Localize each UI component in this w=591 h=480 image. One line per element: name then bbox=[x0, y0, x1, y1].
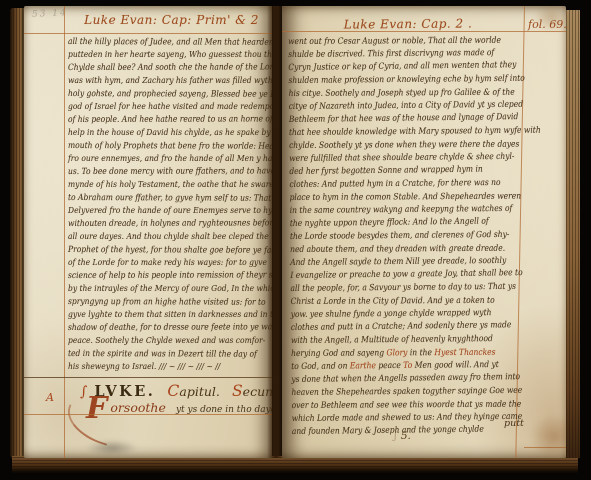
left-running-header: Luke Evan: Cap: Prim' & 2 bbox=[79, 13, 264, 27]
left-page-text: all the hilly places of Judee, and all M… bbox=[68, 36, 272, 374]
book-fore-edge-left bbox=[10, 8, 25, 458]
manuscript-line: gyve lyghte to them that sitten in darkn… bbox=[68, 309, 248, 322]
manuscript-line: that hee shoulde knowledge with Mary spo… bbox=[289, 125, 497, 140]
corner-stain bbox=[530, 414, 566, 458]
manuscript-line: god of Israel for hee hathe visited and … bbox=[68, 101, 248, 114]
manuscript-line: peace. Soothely the Chylde wexed and was… bbox=[68, 335, 248, 348]
manuscript-line: fro oure ennemyes, and fro the hande of … bbox=[68, 153, 248, 166]
right-page-text: went out fro Cesar August or noble, That… bbox=[288, 34, 528, 439]
book-edge-bottom bbox=[12, 456, 578, 473]
manuscript-line: science of help to his people into remis… bbox=[68, 269, 248, 283]
manuscript-line: all the hilly places of Judee, and all M… bbox=[68, 36, 248, 50]
manuscript-line: all the people, for, a Savyour ys borne … bbox=[290, 281, 498, 296]
margin-rule-left bbox=[64, 6, 65, 458]
manuscript-line: of the Lorde for to make redy his wayes:… bbox=[68, 257, 248, 270]
manuscript-line: the Lorde stoode besydes them, and clere… bbox=[290, 229, 498, 244]
manuscript-line: Prophet of the hyest, for thou shalte go… bbox=[68, 244, 248, 258]
header-rule-left bbox=[24, 33, 272, 34]
manuscript-line: ted in the spirite and was in Dezert til… bbox=[68, 348, 248, 362]
right-running-header: Luke Evan: Cap. 2 . bbox=[320, 16, 496, 32]
rubricated-word: To bbox=[403, 361, 412, 371]
manuscript-line: by the intrayles of the Mercy of oure Go… bbox=[68, 283, 248, 296]
manuscript-line: all oure dayes. And thou chylde shalt be… bbox=[68, 231, 248, 244]
manuscript-line: withouten dreade, in holynes and ryghteo… bbox=[68, 217, 248, 231]
rubricated-word: Earthe bbox=[350, 361, 376, 371]
smudge-stain bbox=[86, 440, 138, 456]
manuscript-line: with the Angell, a Multitude of heavenly… bbox=[291, 333, 499, 348]
manuscript-line: his sheweyng to Israel. /// ~ /// ~ /// … bbox=[68, 361, 248, 374]
manuscript-line: to Abraham oure ffather, to gyve hym sel… bbox=[68, 192, 248, 206]
manuscript-line: Delyvered fro the hande of oure Enemyes … bbox=[68, 205, 248, 218]
manuscript-photo: 53 14 Luke Evan: Cap: Prim' & 2 all the … bbox=[0, 0, 591, 480]
manuscript-line: of his people. And hee hathe reared to u… bbox=[68, 113, 248, 127]
manuscript-line: mynde of his holy Testament, the oathe t… bbox=[68, 179, 248, 192]
manuscript-line: shadow of deathe, for to dresse oure fee… bbox=[68, 321, 248, 335]
rubricated-word: Glory bbox=[387, 348, 408, 358]
manuscript-line: shulden make profession or knowleying ec… bbox=[288, 73, 496, 88]
manuscript-line: was with hym, and Zachary his father was… bbox=[68, 75, 248, 88]
manuscript-line: clothes: And putted hym in a Cratche, fo… bbox=[289, 177, 497, 192]
manuscript-line: Chylde shall bee? And sooth che the hand… bbox=[68, 61, 248, 75]
manuscript-line: mouth of holy Prophets that bene fro the… bbox=[68, 140, 248, 154]
book-fore-edge-right bbox=[566, 10, 580, 458]
ink-mark: ʃ bbox=[394, 430, 397, 442]
margin-letter: A bbox=[46, 391, 54, 404]
page-number: ʃ5. bbox=[394, 430, 411, 442]
section-rule bbox=[24, 377, 272, 378]
rubricated-word: Hyest Thanckes bbox=[434, 348, 495, 358]
manuscript-line: spryngyng up from an highe hathe visited… bbox=[68, 296, 248, 310]
bottom-rule-left bbox=[24, 414, 272, 415]
left-page: 53 14 Luke Evan: Cap: Prim' & 2 all the … bbox=[24, 6, 272, 458]
manuscript-line: us. To bee done mercy with oure ffathers… bbox=[68, 165, 248, 179]
chapter-opening-line: F orsoothe yt ys done in tho dayes a Man… bbox=[86, 397, 272, 419]
pencil-annotation: 53 14 bbox=[32, 8, 68, 20]
page-number-value: 5. bbox=[401, 430, 411, 442]
manuscript-line: help in the house of David his chylde, a… bbox=[68, 127, 248, 140]
manuscript-line: heaven the Shepeheardes spaken togyther … bbox=[291, 385, 499, 400]
right-page: Luke Evan: Cap. 2 . fol. 69. went out fr… bbox=[282, 6, 566, 458]
manuscript-line: putteden in her hearte sayeng, Who guess… bbox=[68, 49, 248, 62]
catchword: putt bbox=[504, 418, 524, 429]
manuscript-line: holy gohste, and prophecied sayeng, Bles… bbox=[68, 88, 248, 102]
opening-word-rest: orsoothe bbox=[110, 400, 165, 415]
